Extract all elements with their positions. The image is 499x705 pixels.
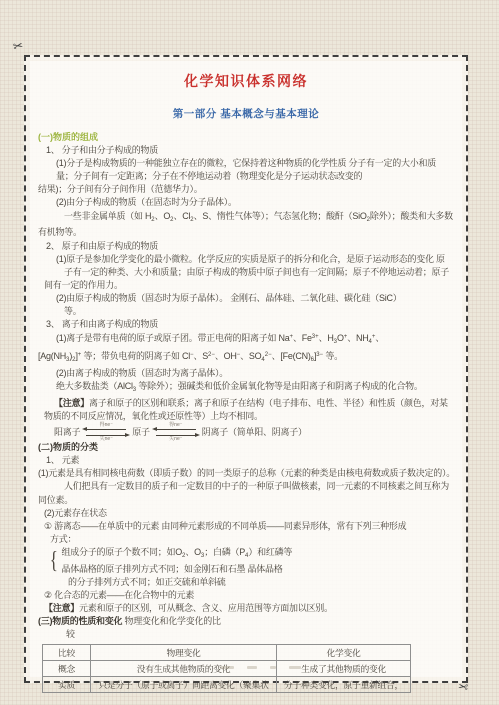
- table-header-cell: 物理变化: [91, 645, 277, 661]
- text-line: (2)由分子构成的物质（在固态时为分子晶体）。: [38, 196, 454, 209]
- text-line: 1、 元素: [38, 454, 454, 467]
- text-segment: 3、 离子和由离子构成的物质: [46, 319, 158, 329]
- diagram-term: 阳离子: [54, 426, 80, 439]
- text-segment: 等。: [323, 351, 343, 361]
- text-line: (2)元素存在状态: [38, 507, 454, 520]
- text-line: (1)原子是参加化学变化的最小微粒。化学反应的实质是原子的拆分和化合，是原子运动…: [38, 253, 454, 266]
- brace-group: {组成分子的原子个数不同；如O2、O3；白磷（P4）和红磷等晶体晶格的原子排列方…: [38, 546, 454, 576]
- scissors-icon-top-left: ✂: [12, 39, 24, 53]
- text-line: ② 化合态的元素——在化合物中的元素: [38, 589, 454, 602]
- footer-mark: [270, 666, 276, 669]
- text-segment: (1)原子是参加化学变化的最小微粒。化学反应的实质是原子的拆分和化合，是原子运动…: [56, 254, 445, 264]
- text-segment: 的分子排列方式不同；如正交硫和单斜硫: [68, 577, 226, 587]
- text-segment: (2)元素存在状态: [44, 508, 107, 518]
- text-segment: (1)离子是带有电荷的原子或原子团。带正电荷的阳离子如 Na: [56, 333, 290, 343]
- text-segment: (二)物质的分类: [38, 442, 98, 452]
- footer-mark: [289, 666, 301, 669]
- text-segment: 较: [66, 629, 75, 639]
- text-segment: 、OH: [215, 351, 237, 361]
- text-line: 1、 分子和由分子构成的物质: [38, 144, 454, 157]
- double-arrow: [153, 429, 199, 436]
- table-cell: 只是分子（原子或离子）间距离变化（聚集状: [91, 677, 277, 693]
- equilibrium-arrows-icon: 得ne⁻失ne⁻: [83, 423, 129, 442]
- text-segment: 等；带负电荷的阴离子如 Cl: [81, 351, 190, 361]
- text-segment: 绝大多数盐类（AlCl: [56, 381, 133, 391]
- page-title: 化学知识体系网络: [38, 71, 454, 91]
- text-segment: 、Fe: [293, 333, 312, 343]
- text-line: 间有一定的作用力。: [38, 279, 454, 292]
- text-line: 有机物等。: [38, 226, 454, 239]
- text-segment: 、S: [194, 351, 209, 361]
- text-segment: (一)物质的组成: [38, 132, 98, 142]
- text-segment: 方式：: [50, 534, 76, 544]
- footer-mark: [220, 666, 234, 669]
- text-segment: 、H: [319, 333, 334, 343]
- text-segment: 人们把具有一定数目的质子和一定数目的中子的一种原子叫做核素，同一元素的不同核素之…: [64, 481, 449, 491]
- brace-icon: {: [50, 548, 58, 574]
- table-cell: 概念: [43, 661, 91, 677]
- text-segment: ）和红磷等: [248, 547, 292, 557]
- text-segment: 量；分子间有一定距离；分子在不停地运动着（物理变化是分子运动状态改变的: [56, 171, 362, 181]
- text-segment: 同位素。: [38, 495, 73, 505]
- bold-text: 【注意】: [44, 603, 79, 613]
- text-line: (2)由原子构成的物质（固态时为原子晶体）。 金刚石、晶体硅、二氧化硅、碳化硅（…: [38, 292, 454, 305]
- text-line: (1)元素是具有相同核电荷数（即质子数）的同一类原子的总称（元素的种类是由核电荷…: [38, 467, 454, 480]
- text-line: 结果)；分子间有分子间作用（范德华力）。: [38, 183, 454, 196]
- text-line: ① 游离态——在单质中的元素 由同种元素形成的不同单质——同素异形体，常有下列三…: [38, 520, 454, 533]
- text-segment: (2)由原子构成的物质（固态时为原子晶体）。 金刚石、晶体硅、二氧化硅、碳化硅（…: [56, 293, 402, 303]
- page-background: ✂ ✂ 化学知识体系网络 第一部分 基本概念与基本理论 (一)物质的组成1、 分…: [0, 0, 499, 705]
- footer-mark: [247, 666, 257, 669]
- text-segment: 离子和原子的区别和联系；离子和原子在结构（电子排布、电性、半径）和性质（颜色，对…: [89, 398, 448, 408]
- text-segment: 物理变化和化学变化的比: [122, 616, 221, 626]
- text-segment: ① 游离态——在单质中的元素 由同种元素形成的不同单质——同素异形体，常有下列三…: [44, 521, 406, 531]
- text-segment: 等除外）；强碱类和低价金属氧化物等是由阳离子和阴离子构成的化合物。: [136, 381, 423, 391]
- text-segment: 、O: [155, 211, 171, 221]
- text-segment: 元素和原子的区别，可从概念、含义、应用范围等方面加以区别。: [79, 603, 333, 613]
- text-segment: 1、 元素: [46, 455, 79, 465]
- arrow-label-bottom: 失ne⁻: [169, 437, 182, 442]
- double-arrow: [83, 429, 129, 436]
- text-segment: 、NH: [347, 333, 368, 343]
- text-segment: (1)分子是构成物质的一种能独立存在的微粒，它保持着这种物质的化学性质 分子有一…: [56, 158, 436, 168]
- text-segment: 一些非金属单质（如 H: [64, 211, 151, 221]
- text-segment: 物质的不同反应情况，氧化性或还原性等）上均不相同。: [44, 411, 263, 421]
- text-line: 同位素。: [38, 494, 454, 507]
- text-line: 量；分子间有一定距离；分子在不停地运动着（物理变化是分子运动状态改变的: [38, 170, 454, 183]
- text-segment: 2、 原子和由原子构成的物质: [46, 241, 158, 251]
- text-line: 3、 离子和由离子构成的物质: [38, 318, 454, 331]
- ion-atom-diagram: 阳离子得ne⁻失ne⁻原子得ne⁻失ne⁻阴离子（简单阳、阴离子）: [38, 423, 454, 441]
- text-segment: 除外）；酸类和大多数: [370, 211, 453, 221]
- text-segment: 、[Fe(CN): [272, 351, 311, 361]
- diagram-term: 阴离子（简单阳、阴离子）: [202, 426, 307, 439]
- text-segment: 、SO: [240, 351, 261, 361]
- text-line: 较: [38, 628, 454, 641]
- text-line: 子有一定的种类、大小和质量；由原子构成的物质中原子间也有一定间隔；原子不停地运动…: [38, 266, 454, 279]
- equilibrium-arrows-icon: 得ne⁻失ne⁻: [153, 423, 199, 442]
- text-segment: ；白磷（P: [204, 547, 245, 557]
- brace-lines: 组成分子的原子个数不同；如O2、O3；白磷（P4）和红磷等晶体晶格的原子排列方式…: [62, 546, 293, 576]
- table-header-row: 比较物理变化化学变化: [43, 645, 411, 661]
- text-line: 【注意】元素和原子的区别，可从概念、含义、应用范围等方面加以区别。: [38, 602, 454, 615]
- text-segment: 2−: [208, 352, 215, 358]
- text-segment: 子有一定的种类、大小和质量；由原子构成的物质中原子间也有一定间隔；原子不停地运动…: [64, 267, 449, 277]
- text-line: 方式：: [38, 533, 454, 546]
- document-page: 化学知识体系网络 第一部分 基本概念与基本理论 (一)物质的组成1、 分子和由分…: [24, 55, 468, 683]
- table-cell: 分子种类变化，原子重新组合，: [277, 677, 411, 693]
- text-segment: 2−: [265, 352, 272, 358]
- text-segment: 有机物等。: [38, 227, 82, 237]
- text-segment: 、Cl: [173, 211, 190, 221]
- table-header-cell: 比较: [43, 645, 91, 661]
- text-segment: (1)元素是具有相同核电荷数（即质子数）的同一类原子的总称（元素的种类是由核电荷…: [38, 468, 455, 478]
- table-cell: 实质: [43, 677, 91, 693]
- bold-text: (三)物质的性质和变化: [38, 616, 122, 626]
- text-line: 绝大多数盐类（AlCl3 等除外）；强碱类和低价金属氧化物等是由阳离子和阴离子构…: [38, 380, 454, 397]
- bold-text: 【注意】: [54, 398, 89, 408]
- content-lines: (一)物质的组成1、 分子和由分子构成的物质(1)分子是构成物质的一种能独立存在…: [38, 131, 454, 693]
- text-segment: (2)由分子构成的物质（在固态时为分子晶体）。: [56, 197, 237, 207]
- arrow-label-top: 得ne⁻: [100, 423, 113, 428]
- text-line: 组成分子的原子个数不同；如O2、O3；白磷（P4）和红磷等: [62, 546, 293, 563]
- text-line: 一些非金属单质（如 H2、O2、Cl2、S、惰性气体等）；气态氢化物；酸酐（Si…: [38, 210, 454, 227]
- text-line: [Ag(NH3)2]+ 等；带负电荷的阴离子如 Cl−、S2−、OH−、SO42…: [38, 349, 454, 367]
- text-line: 的分子排列方式不同；如正交硫和单斜硫: [38, 576, 454, 589]
- text-segment: [Ag(NH: [38, 351, 66, 361]
- arrow-label-top: 得ne⁻: [169, 423, 182, 428]
- text-segment: 等。: [64, 306, 82, 316]
- text-segment: 3+: [312, 334, 319, 340]
- table-row: 实质只是分子（原子或离子）间距离变化（聚集状分子种类变化，原子重新组合，: [43, 677, 411, 693]
- text-segment: 1、 分子和由分子构成的物质: [46, 145, 158, 155]
- text-line: (三)物质的性质和变化 物理变化和化学变化的比: [38, 615, 454, 628]
- text-line: 人们把具有一定数目的质子和一定数目的中子的一种原子叫做核素，同一元素的不同核素之…: [38, 480, 454, 493]
- diagram-term: 原子: [132, 426, 150, 439]
- footer-watermark: [220, 666, 301, 669]
- text-segment: O: [337, 333, 344, 343]
- text-line: (1)离子是带有电荷的原子或原子团。带正电荷的阳离子如 Na+、Fe3+、H3O…: [38, 331, 454, 349]
- text-segment: 结果)；分子间有分子间作用（范德华力）。: [38, 184, 203, 194]
- section-heading: (二)物质的分类: [38, 441, 454, 454]
- section-heading: (一)物质的组成: [38, 131, 454, 144]
- text-segment: 、O: [185, 547, 201, 557]
- text-segment: 晶体晶格的原子排列方式不同；如金刚石和石墨 晶体晶格: [62, 564, 283, 574]
- text-segment: (2)由离子构成的物质（固态时为离子晶体）。: [56, 368, 228, 378]
- text-line: 【注意】离子和原子的区别和联系；离子和原子在结构（电子排布、电性、半径）和性质（…: [38, 397, 454, 410]
- arrow-label-bottom: 失ne⁻: [100, 437, 113, 442]
- text-line: (1)分子是构成物质的一种能独立存在的微粒，它保持着这种物质的化学性质 分子有一…: [38, 157, 454, 170]
- table-header-cell: 化学变化: [277, 645, 411, 661]
- document-content-area: 化学知识体系网络 第一部分 基本概念与基本理论 (一)物质的组成1、 分子和由分…: [30, 61, 462, 677]
- text-segment: 组成分子的原子个数不同；如O: [62, 547, 183, 557]
- text-line: 晶体晶格的原子排列方式不同；如金刚石和石墨 晶体晶格: [62, 563, 293, 576]
- text-line: (2)由离子构成的物质（固态时为离子晶体）。: [38, 367, 454, 380]
- text-segment: 间有一定的作用力。: [44, 280, 123, 290]
- text-line: 等。: [38, 305, 454, 318]
- section-title: 第一部分 基本概念与基本理论: [38, 106, 454, 121]
- text-segment: 、: [375, 333, 384, 343]
- text-segment: 、S、惰性气体等）；气态氢化物；酸酐（SiO: [194, 211, 367, 221]
- text-line: 2、 原子和由原子构成的物质: [38, 240, 454, 253]
- text-segment: ② 化合态的元素——在化合物中的元素: [44, 590, 194, 600]
